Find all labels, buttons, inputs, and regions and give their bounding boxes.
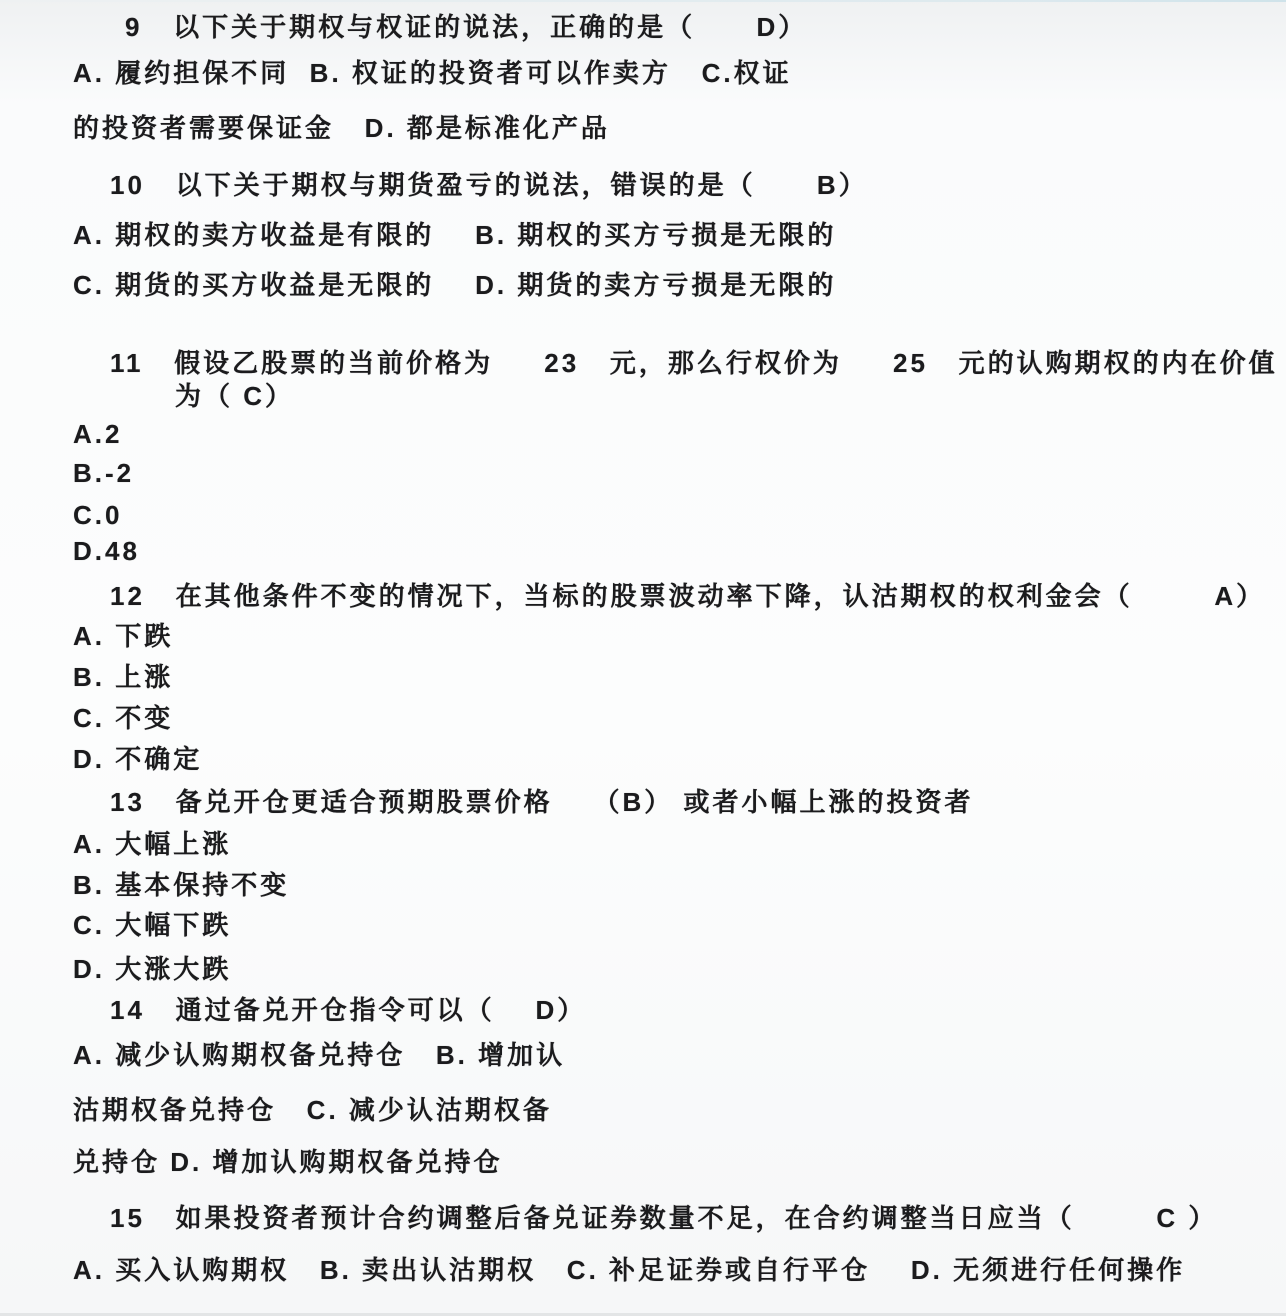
question-11-line-0: 11 假设乙股票的当前价格为 23 元，那么行权价为 25 元的认购期权的内在价… <box>110 348 1278 379</box>
question-12-line-1: A. 下跌 <box>73 621 173 652</box>
question-12-line-4: D. 不确定 <box>73 744 202 775</box>
question-10-line-2: C. 期货的买方收益是无限的 D. 期货的卖方亏损是无限的 <box>73 270 836 301</box>
question-15-line-0: 15 如果投资者预计合约调整后备兑证券数量不足，在合约调整当日应当（ C ） <box>110 1203 1217 1234</box>
question-14-line-2: 沽期权备兑持仓 C. 减少认沽期权备 <box>73 1095 552 1126</box>
question-13-line-0: 13 备兑开仓更适合预期股票价格 （B） 或者小幅上涨的投资者 <box>110 787 974 818</box>
question-11-line-3: B.-2 <box>73 458 134 489</box>
question-11-line-2: A.2 <box>73 419 122 450</box>
question-14-line-3: 兑持仓 D. 增加认购期权备兑持仓 <box>73 1147 502 1178</box>
question-13-line-4: D. 大涨大跌 <box>73 954 231 985</box>
question-12-line-2: B. 上涨 <box>73 662 173 693</box>
question-13-line-3: C. 大幅下跌 <box>73 910 231 941</box>
question-13-line-1: A. 大幅上涨 <box>73 829 231 860</box>
question-10-line-0: 10 以下关于期权与期货盈亏的说法，错误的是（ B） <box>110 170 868 201</box>
question-12-line-0: 12 在其他条件不变的情况下，当标的股票波动率下降，认沽期权的权利金会（ A） <box>110 581 1265 612</box>
question-9-line-1: A. 履约担保不同 B. 权证的投资者可以作卖方 C.权证 <box>73 58 792 89</box>
question-15-line-1: A. 买入认购期权 B. 卖出认沽期权 C. 补足证券或自行平仓 D. 无须进行… <box>73 1255 1185 1286</box>
question-13-line-2: B. 基本保持不变 <box>73 870 289 901</box>
question-11-line-1: 为（ C） <box>175 381 294 412</box>
question-12-line-3: C. 不变 <box>73 703 173 734</box>
question-11-line-4: C.0 <box>73 500 122 531</box>
exam-page: 9 以下关于期权与权证的说法，正确的是（ D）A. 履约担保不同 B. 权证的投… <box>0 0 1286 1316</box>
question-14-line-1: A. 减少认购期权备兑持仓 B. 增加认 <box>73 1040 565 1071</box>
question-9-line-2: 的投资者需要保证金 D. 都是标准化产品 <box>73 113 610 144</box>
question-9-line-0: 9 以下关于期权与权证的说法，正确的是（ D） <box>125 12 807 43</box>
question-14-line-0: 14 通过备兑开仓指令可以（ D） <box>110 995 586 1026</box>
question-11-line-5: D.48 <box>73 536 140 567</box>
question-10-line-1: A. 期权的卖方收益是有限的 B. 期权的买方亏损是无限的 <box>73 220 836 251</box>
